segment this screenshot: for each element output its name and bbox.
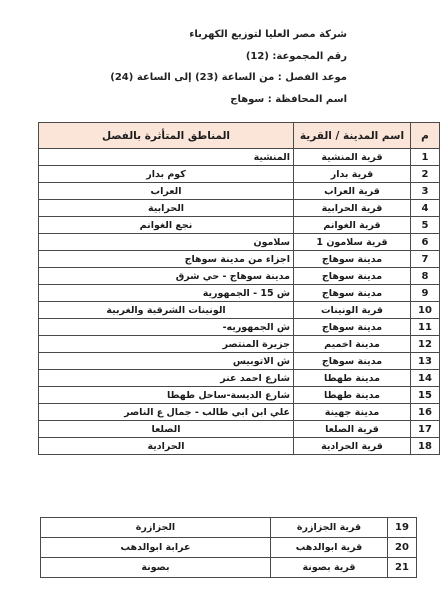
city-name: قرية الحرابية	[294, 200, 411, 217]
city-name: مدينة طهطا	[294, 370, 411, 387]
city-name: قرية الحرادية	[294, 438, 411, 455]
row-number: 11	[411, 319, 440, 336]
affected-areas: شارع احمد عنر	[39, 370, 294, 387]
city-name: مدينة سوهاج	[294, 353, 411, 370]
row-number: 9	[411, 285, 440, 302]
table-row: 21قرية بصونةبصونة	[41, 558, 417, 578]
outage-time: موعد الفصل : من الساعة (23) إلى الساعة (…	[0, 67, 347, 89]
row-number: 7	[411, 251, 440, 268]
row-number: 10	[411, 302, 440, 319]
affected-areas: العراب	[39, 183, 294, 200]
row-number: 4	[411, 200, 440, 217]
city-name: مدينة سوهاج	[294, 319, 411, 336]
column-header-areas: المناطق المتأثرة بالفصل	[39, 123, 294, 149]
table-row: 19قرية الجزازرةالجزازرة	[41, 518, 417, 538]
scanned-document-page: شركة مصر العليا لتوزيع الكهرباء رقم المج…	[0, 0, 447, 611]
row-number: 14	[411, 370, 440, 387]
row-number: 2	[411, 166, 440, 183]
document-header: شركة مصر العليا لتوزيع الكهرباء رقم المج…	[0, 0, 447, 110]
outage-table-main: م اسم المدينة / القرية المناطق المتأثرة …	[38, 122, 440, 455]
city-name: قرية المنشية	[294, 149, 411, 166]
table-row: 17قرية الصلعاالصلعا	[39, 421, 440, 438]
table-row: 16مدينة جهينةعلي ابن ابي طالب - جمال ع ا…	[39, 404, 440, 421]
affected-areas: الحرابية	[39, 200, 294, 217]
row-number: 6	[411, 234, 440, 251]
row-number: 12	[411, 336, 440, 353]
affected-areas: جزيرة المنتصر	[39, 336, 294, 353]
city-name: قرية ابوالدهب	[271, 538, 388, 558]
table-row: 12مدينة اخميمجزيرة المنتصر	[39, 336, 440, 353]
affected-areas: الحرادية	[39, 438, 294, 455]
affected-areas: سلامون	[39, 234, 294, 251]
city-name: قرية الونينات	[294, 302, 411, 319]
table-row: 15مدينة طهطاشارع الديسة-ساحل طهطا	[39, 387, 440, 404]
row-number: 19	[388, 518, 417, 538]
row-number: 20	[388, 538, 417, 558]
affected-areas: علي ابن ابي طالب - جمال ع الناصر	[39, 404, 294, 421]
row-number: 1	[411, 149, 440, 166]
table-row: 10قرية الونيناتالونينات الشرقية والغربية	[39, 302, 440, 319]
city-name: قرية بدار	[294, 166, 411, 183]
row-number: 13	[411, 353, 440, 370]
outage-table-secondary: 19قرية الجزازرةالجزازرة20قرية ابوالدهبعر…	[40, 517, 417, 578]
row-number: 21	[388, 558, 417, 578]
affected-areas: ش الجمهوريه-	[39, 319, 294, 336]
row-number: 8	[411, 268, 440, 285]
row-number: 18	[411, 438, 440, 455]
table-row: 8مدينة سوهاجمدينة سوهاج - حي شرق	[39, 268, 440, 285]
table-row: 20قرية ابوالدهبعرابة ابوالدهب	[41, 538, 417, 558]
row-number: 5	[411, 217, 440, 234]
row-number: 17	[411, 421, 440, 438]
city-name: مدينة سوهاج	[294, 285, 411, 302]
table-row: 11مدينة سوهاجش الجمهوريه-	[39, 319, 440, 336]
affected-areas: ش الاتوبيس	[39, 353, 294, 370]
affected-areas: مدينة سوهاج - حي شرق	[39, 268, 294, 285]
affected-areas: ش 15 - الجمهورية	[39, 285, 294, 302]
group-number: رقم المجموعة: (12)	[0, 46, 347, 68]
city-name: قرية الغوانم	[294, 217, 411, 234]
company-name: شركة مصر العليا لتوزيع الكهرباء	[0, 24, 347, 46]
city-name: قرية الصلعا	[294, 421, 411, 438]
column-header-city: اسم المدينة / القرية	[294, 123, 411, 149]
city-name: قرية سلامون 1	[294, 234, 411, 251]
city-name: قرية العراب	[294, 183, 411, 200]
city-name: مدينة جهينة	[294, 404, 411, 421]
affected-areas: الجزازرة	[41, 518, 271, 538]
city-name: مدينة سوهاج	[294, 268, 411, 285]
column-header-index: م	[411, 123, 440, 149]
outage-table-header: م اسم المدينة / القرية المناطق المتأثرة …	[39, 123, 440, 149]
row-number: 15	[411, 387, 440, 404]
row-number: 3	[411, 183, 440, 200]
affected-areas: شارع الديسة-ساحل طهطا	[39, 387, 294, 404]
city-name: مدينة طهطا	[294, 387, 411, 404]
table-row: 18قرية الحراديةالحرادية	[39, 438, 440, 455]
affected-areas: بصونة	[41, 558, 271, 578]
affected-areas: عرابة ابوالدهب	[41, 538, 271, 558]
affected-areas: المنشية	[39, 149, 294, 166]
city-name: مدينة اخميم	[294, 336, 411, 353]
table-row: 9مدينة سوهاجش 15 - الجمهورية	[39, 285, 440, 302]
affected-areas: الونينات الشرقية والغربية	[39, 302, 294, 319]
governorate-name: اسم المحافظة : سوهاج	[0, 89, 347, 111]
table-row: 14مدينة طهطاشارع احمد عنر	[39, 370, 440, 387]
table-row: 7مدينة سوهاجاجزاء من مدينة سوهاج	[39, 251, 440, 268]
table-row: 6قرية سلامون 1سلامون	[39, 234, 440, 251]
table-row: 2قرية بداركوم بدار	[39, 166, 440, 183]
city-name: قرية الجزازرة	[271, 518, 388, 538]
table-row: 13مدينة سوهاجش الاتوبيس	[39, 353, 440, 370]
header-row: م اسم المدينة / القرية المناطق المتأثرة …	[39, 123, 440, 149]
outage-table-secondary-body: 19قرية الجزازرةالجزازرة20قرية ابوالدهبعر…	[41, 518, 417, 578]
table-row: 3قرية العرابالعراب	[39, 183, 440, 200]
table-row: 1قرية المنشيةالمنشية	[39, 149, 440, 166]
outage-table-body: 1قرية المنشيةالمنشية2قرية بداركوم بدار3ق…	[39, 149, 440, 455]
table-row: 4قرية الحرابيةالحرابية	[39, 200, 440, 217]
affected-areas: نجع الغوانم	[39, 217, 294, 234]
affected-areas: كوم بدار	[39, 166, 294, 183]
row-number: 16	[411, 404, 440, 421]
city-name: قرية بصونة	[271, 558, 388, 578]
affected-areas: اجزاء من مدينة سوهاج	[39, 251, 294, 268]
table-row: 5قرية الغوانمنجع الغوانم	[39, 217, 440, 234]
city-name: مدينة سوهاج	[294, 251, 411, 268]
affected-areas: الصلعا	[39, 421, 294, 438]
